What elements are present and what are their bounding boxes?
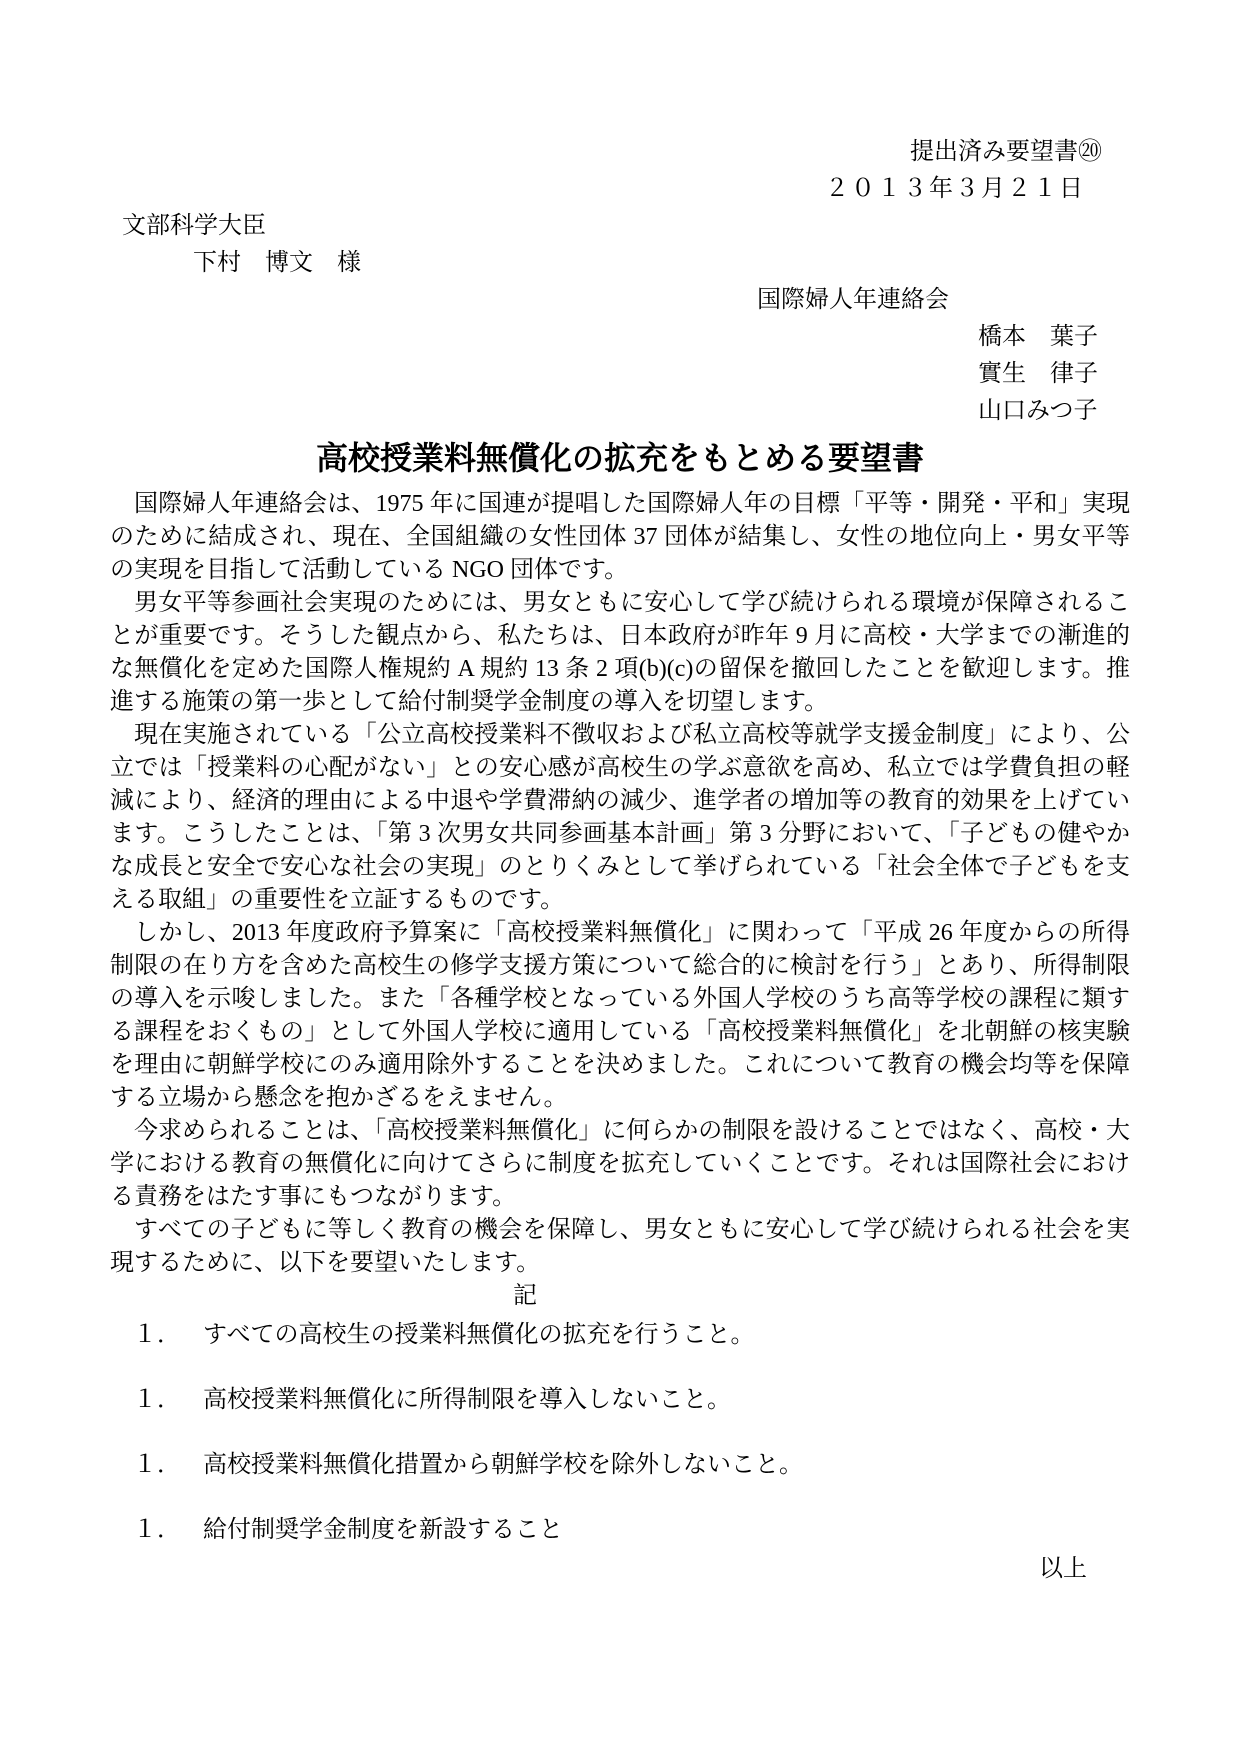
request-item: １． 高校授業料無償化に所得制限を導入しないこと。: [133, 1382, 1130, 1419]
body-paragraph: しかし、2013 年度政府予算案に「高校授業料無償化」に関わって「平成 26 年…: [110, 917, 1130, 1115]
recipient-name: 下村 博文 様: [193, 245, 1240, 282]
recipient-title: 文部科学大臣: [122, 208, 1240, 245]
closing-word: 以上: [0, 1551, 1240, 1588]
request-number: １．: [133, 1447, 203, 1484]
sender-member: 山口みつ子: [978, 393, 1240, 430]
body-paragraph: 今求められることは、「高校授業料無償化」に何らかの制限を設けることではなく、高校…: [110, 1115, 1130, 1214]
body-paragraph: 男女平等参画社会実現のためには、男女ともに安心して学び続けられる環境が保障される…: [110, 587, 1130, 719]
request-item: １． 高校授業料無償化措置から朝鮮学校を除外しないこと。: [133, 1447, 1130, 1484]
document-label: 提出済み要望書⑳: [0, 134, 1240, 171]
body-paragraph: 現在実施されている「公立高校授業料不徴収および私立高校等就学支援金制度」により、…: [110, 719, 1130, 917]
document-body: 国際婦人年連絡会は、1975 年に国連が提唱した国際婦人年の目標「平等・開発・平…: [0, 488, 1240, 1280]
requests-list: １． すべての高校生の授業料無償化の拡充を行うこと。 １． 高校授業料無償化に所…: [0, 1317, 1240, 1549]
document-title: 高校授業料無償化の拡充をもとめる要望書: [0, 436, 1240, 480]
request-text: すべての高校生の授業料無償化の拡充を行うこと。: [203, 1317, 1130, 1354]
request-item: １． すべての高校生の授業料無償化の拡充を行うこと。: [133, 1317, 1130, 1354]
document-page: 提出済み要望書⑳ ２０１３年３月２１日 文部科学大臣 下村 博文 様 国際婦人年…: [0, 0, 1240, 1754]
request-item: １． 給付制奨学金制度を新設すること: [133, 1512, 1130, 1549]
request-number: １．: [133, 1512, 203, 1549]
document-date: ２０１３年３月２１日: [0, 171, 1240, 208]
sender-organization: 国際婦人年連絡会: [757, 282, 1240, 319]
sender-member: 實生 律子: [978, 356, 1240, 393]
section-marker: 記: [0, 1280, 1050, 1313]
request-number: １．: [133, 1317, 203, 1354]
request-text: 高校授業料無償化措置から朝鮮学校を除外しないこと。: [203, 1447, 1130, 1484]
body-paragraph: 国際婦人年連絡会は、1975 年に国連が提唱した国際婦人年の目標「平等・開発・平…: [110, 488, 1130, 587]
body-paragraph: すべての子どもに等しく教育の機会を保障し、男女ともに安心して学び続けられる社会を…: [110, 1214, 1130, 1280]
sender-member: 橋本 葉子: [978, 319, 1240, 356]
request-text: 給付制奨学金制度を新設すること: [203, 1512, 1130, 1549]
request-number: １．: [133, 1382, 203, 1419]
request-text: 高校授業料無償化に所得制限を導入しないこと。: [203, 1382, 1130, 1419]
